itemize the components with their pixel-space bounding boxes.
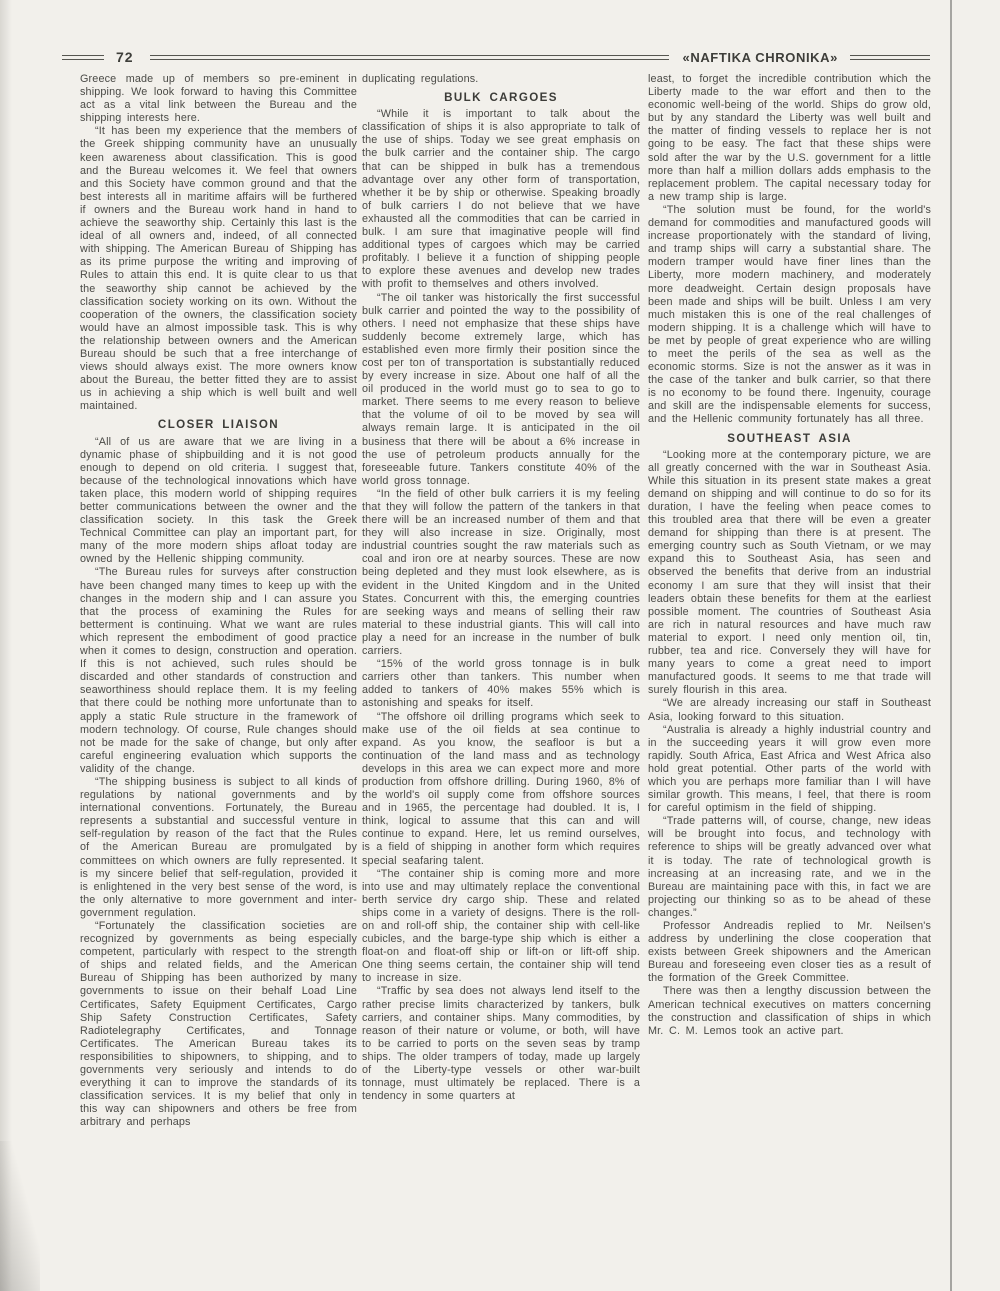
body-paragraph: “While it is important to talk about the…	[362, 108, 640, 291]
header-rule-right	[850, 55, 930, 60]
body-paragraph: “The container ship is coming more and m…	[362, 868, 640, 986]
section-heading: CLOSER LIAISON	[80, 418, 357, 431]
journal-title: «NAFTIKA CHRONIKA»	[683, 50, 839, 65]
body-paragraph: “In the field of other bulk carriers it …	[362, 488, 640, 658]
body-paragraph: “We are already increasing our staff in …	[648, 697, 931, 723]
page-number: 72	[116, 49, 134, 65]
section-heading: BULK CARGOES	[362, 91, 640, 104]
body-paragraph: “The oil tanker was historically the fir…	[362, 292, 640, 488]
body-paragraph: duplicating regulations.	[362, 73, 640, 86]
body-paragraph: Professor Andreadis replied to Mr. Neils…	[648, 920, 931, 985]
page-header: 72 «NAFTIKA CHRONIKA»	[62, 48, 930, 66]
scanned-journal-page: { "colors": { "paper": "#f2f0eb", "ink":…	[0, 0, 1000, 1291]
body-paragraph: Greece made up of members so pre-eminent…	[80, 73, 357, 125]
body-paragraph: “15% of the world gross tonnage is in bu…	[362, 658, 640, 710]
header-rule-main	[150, 55, 669, 60]
section-heading: SOUTHEAST ASIA	[648, 432, 931, 445]
body-paragraph: “The offshore oil drilling programs whic…	[362, 711, 640, 868]
body-paragraph: “Traffic by sea does not always lend its…	[362, 985, 640, 1103]
text-column-2: duplicating regulations.BULK CARGOES“Whi…	[362, 73, 640, 1289]
body-paragraph: least, to forget the incredible contribu…	[648, 73, 931, 204]
body-paragraph: “It has been my experience that the memb…	[80, 125, 357, 413]
body-paragraph: There was then a lengthy discussion betw…	[648, 985, 931, 1037]
scan-corner-shadow	[0, 1141, 40, 1291]
body-paragraph: “The shipping business is subject to all…	[80, 776, 357, 920]
body-paragraph: “Fortunately the classification societie…	[80, 920, 357, 1130]
text-column-1: Greece made up of members so pre-eminent…	[80, 73, 357, 1289]
body-paragraph: “The Bureau rules for surveys after cons…	[80, 566, 357, 776]
header-rule-left	[62, 55, 104, 60]
body-paragraph: “All of us are aware that we are living …	[80, 436, 357, 567]
body-paragraph: “Australia is already a highly industria…	[648, 724, 931, 816]
page-fold-line	[950, 0, 952, 1291]
body-paragraph: “The solution must be found, for the wor…	[648, 204, 931, 427]
body-paragraph: “Trade patterns will, of course, change,…	[648, 815, 931, 920]
scan-edge-shadow	[0, 0, 12, 1291]
text-column-3: least, to forget the incredible contribu…	[648, 73, 931, 1289]
body-paragraph: “Looking more at the contemporary pictur…	[648, 449, 931, 698]
